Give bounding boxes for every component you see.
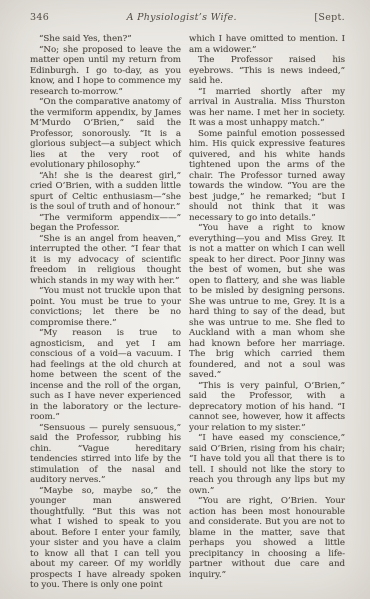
paragraph: “No; she proposed to leave the matter op…	[30, 45, 181, 98]
running-title: A Physiologist’s Wife.	[127, 12, 237, 23]
paragraph: “She is an angel from heaven,” interrupt…	[30, 234, 181, 287]
paragraph: “Maybe so, maybe so,” the younger man an…	[30, 486, 181, 591]
paragraph: Some painful emotion possessed him. His …	[189, 129, 345, 224]
paragraph: “You must not truckle upon that point. Y…	[30, 286, 181, 328]
page-number: 346	[30, 12, 49, 23]
book-page: 346 A Physiologist’s Wife. [Sept. “She s…	[0, 0, 370, 599]
issue-label: [Sept.	[314, 12, 345, 23]
paragraph-continuation: which I have omitted to mention. I am a …	[189, 34, 345, 55]
paragraph: “This is very painful, O’Brien,” said th…	[189, 381, 345, 434]
text-columns: “She said Yes, then?” “No; she proposed …	[30, 34, 345, 591]
paragraph: “I married shortly after my arrival in A…	[189, 87, 345, 129]
paragraph: “Ah! she is the dearest girl,” cried O’B…	[30, 171, 181, 213]
paragraph: “You are right, O’Brien. Your action has…	[189, 496, 345, 580]
paragraph: “The vermiform appendix——” began the Pro…	[30, 213, 181, 234]
paragraph: The Professor raised his eyebrows. “This…	[189, 55, 345, 87]
paragraph: “You have a right to know everything—you…	[189, 223, 345, 381]
paragraph: “Sensuous — purely sensuous,” said the P…	[30, 423, 181, 486]
paragraph: “I have eased my conscience,” said O’Bri…	[189, 433, 345, 496]
page-header: 346 A Physiologist’s Wife. [Sept.	[30, 12, 345, 23]
left-column: “She said Yes, then?” “No; she proposed …	[30, 34, 181, 591]
paragraph: “On the comparative anatomy of the vermi…	[30, 97, 181, 171]
paragraph: “My reason is true to agnosticism, and y…	[30, 328, 181, 423]
right-column: which I have omitted to mention. I am a …	[189, 34, 345, 591]
paragraph: “She said Yes, then?”	[30, 34, 181, 45]
